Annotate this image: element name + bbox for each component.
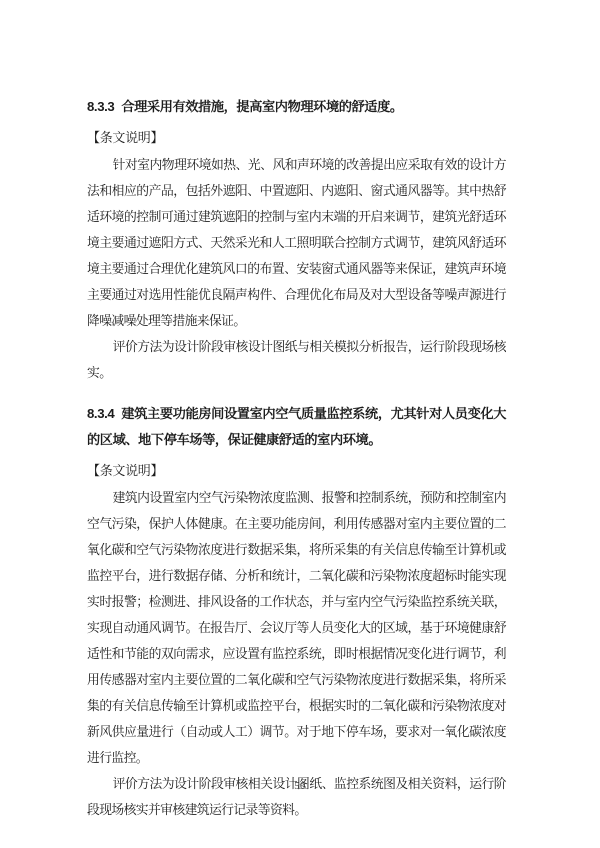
clause-number: 8.3.4 [87,406,114,421]
clause-heading: 8.3.4建筑主要功能房间设置室内空气质量监控系统，尤其针对人员变化大的区域、地… [87,401,506,453]
clause-title: 建筑主要功能房间设置室内空气质量监控系统，尤其针对人员变化大的区域、地下停车场等… [87,406,506,447]
clause-paragraph: 评价方法为设计阶段审核设计图纸与相关模拟分析报告，运行阶段现场核实。 [87,334,506,386]
clause-paragraph: 针对室内物理环境如热、光、风和声环境的改善提出应采取有效的设计方法和相应的产品，… [87,152,506,334]
explanation-label: 【条文说明】 [87,458,506,484]
clause-section: 8.3.3合理采用有效措施，提高室内物理环境的舒适度。 【条文说明】 针对室内物… [87,94,506,386]
clause-paragraph: 建筑内设置室内空气污染物浓度监测、报警和控制系统，预防和控制室内空气污染，保护人… [87,485,506,771]
clause-section: 8.3.4建筑主要功能房间设置室内空气质量监控系统，尤其针对人员变化大的区域、地… [87,401,506,823]
page-number: 50 [0,781,600,792]
clause-title: 合理采用有效措施，提高室内物理环境的舒适度。 [121,99,402,114]
clause-heading: 8.3.3合理采用有效措施，提高室内物理环境的舒适度。 [87,94,506,120]
document-content: 8.3.3合理采用有效措施，提高室内物理环境的舒适度。 【条文说明】 针对室内物… [87,94,506,823]
clause-paragraph: 评价方法为设计阶段审核相关设计图纸、监控系统图及相关资料，运行阶段现场核实并审核… [87,771,506,823]
explanation-label: 【条文说明】 [87,125,506,151]
clause-number: 8.3.3 [87,99,114,114]
document-page: 8.3.3合理采用有效措施，提高室内物理环境的舒适度。 【条文说明】 针对室内物… [0,0,600,848]
